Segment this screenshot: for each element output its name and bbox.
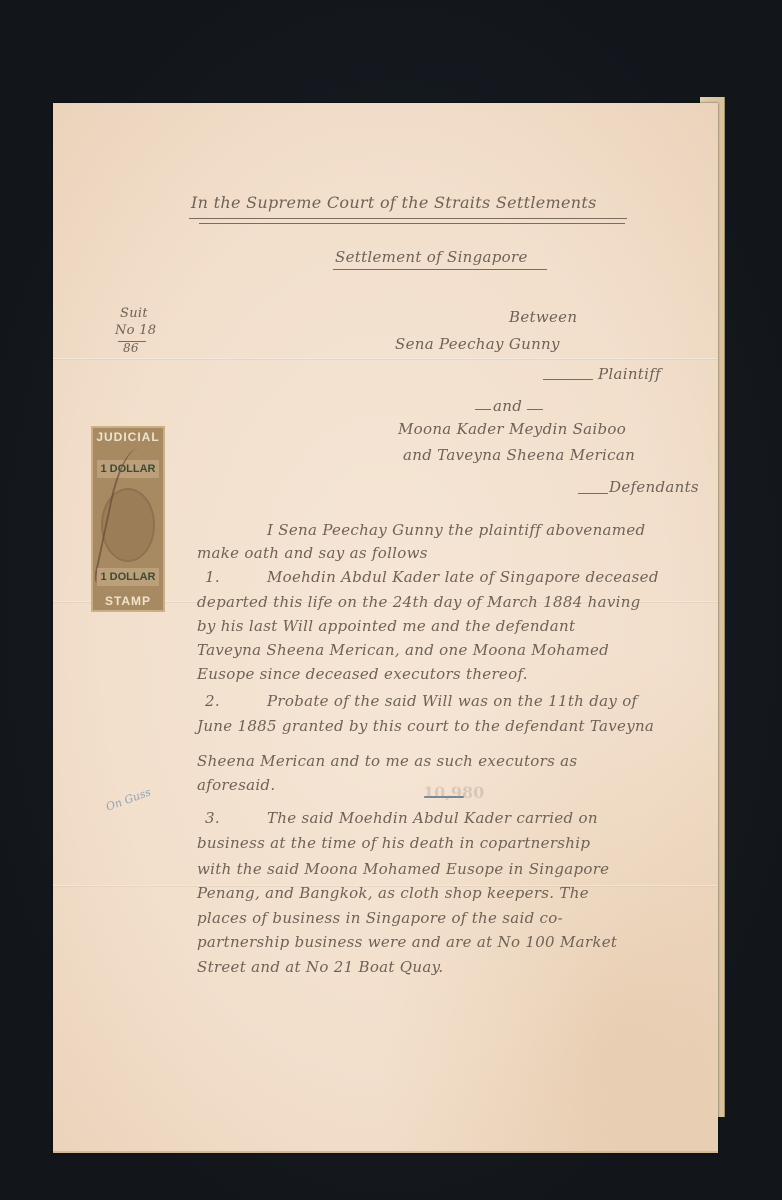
- paragraph-number: 2.: [205, 692, 220, 710]
- para3-line-5: places of business in Singapore of the s…: [197, 909, 563, 927]
- defendants-dash: [578, 493, 608, 494]
- plaintiff-dash: [543, 379, 593, 380]
- suit-year: 86: [123, 341, 139, 355]
- settlement-heading: Settlement of Singapore: [335, 248, 528, 266]
- para3-line-1: The said Moehdin Abdul Kader carried on: [267, 809, 598, 827]
- para2-line-2: June 1885 granted by this court to the d…: [197, 717, 654, 735]
- intro-line-2: make oath and say as follows: [197, 544, 428, 562]
- para1-line-2: departed this life on the 24th day of Ma…: [197, 593, 641, 611]
- para3-line-6: partnership business were and are at No …: [197, 933, 617, 951]
- and-dash-left: [475, 409, 491, 410]
- para1-line-4: Taveyna Sheena Merican, and one Moona Mo…: [197, 641, 609, 659]
- and-label: and: [493, 397, 522, 415]
- para3-line-2: business at the time of his death in cop…: [197, 834, 590, 852]
- para3-line-7: Street and at No 21 Boat Quay.: [197, 958, 443, 976]
- heading-underline-2: [199, 223, 625, 224]
- and-dash-right: [527, 409, 543, 410]
- suit-label: Suit: [120, 306, 148, 321]
- defendant-line-2: and Taveyna Sheena Merican: [403, 446, 635, 464]
- paragraph-number: 1.: [205, 568, 220, 586]
- stamp-bottom-label: STAMP: [93, 592, 163, 610]
- para1-line-1: Moehdin Abdul Kader late of Singapore de…: [267, 568, 659, 586]
- between-label: Between: [509, 308, 577, 326]
- paragraph-number: 3.: [205, 809, 220, 827]
- court-heading: In the Supreme Court of the Straits Sett…: [191, 193, 597, 212]
- fold-line: [53, 358, 718, 360]
- judicial-stamp: JUDICIAL 1 DOLLAR 1 DOLLAR STAMP: [91, 426, 165, 612]
- stamp-value-bottom: 1 DOLLAR: [97, 568, 159, 586]
- para2-line-4: aforesaid.: [197, 776, 275, 794]
- heading-underline: [189, 218, 627, 219]
- plaintiff-label: Plaintiff: [598, 365, 661, 383]
- suit-number: No 18: [115, 323, 156, 338]
- margin-pencil-note: On Guss: [104, 785, 152, 813]
- para3-line-3: with the said Moona Mohamed Eusope in Si…: [197, 860, 609, 878]
- para2-line-3: Sheena Merican and to me as such executo…: [197, 752, 577, 770]
- stamp-top-label: JUDICIAL: [93, 428, 163, 446]
- defendants-label: Defendants: [609, 478, 699, 496]
- settlement-underline: [333, 269, 547, 270]
- plaintiff-name: Sena Peechay Gunny: [395, 335, 560, 353]
- defendant-line-1: Moona Kader Meydin Saiboo: [398, 420, 626, 438]
- para3-line-4: Penang, and Bangkok, as cloth shop keepe…: [197, 884, 589, 902]
- intro-line-1: I Sena Peechay Gunny the plaintiff above…: [267, 521, 645, 539]
- affidavit-page: In the Supreme Court of the Straits Sett…: [53, 103, 718, 1153]
- faint-stamp-number: 10,980: [423, 783, 484, 802]
- para1-line-5: Eusope since deceased executors thereof.: [197, 665, 528, 683]
- para2-line-1: Probate of the said Will was on the 11th…: [267, 692, 637, 710]
- para1-line-3: by his last Will appointed me and the de…: [197, 617, 575, 635]
